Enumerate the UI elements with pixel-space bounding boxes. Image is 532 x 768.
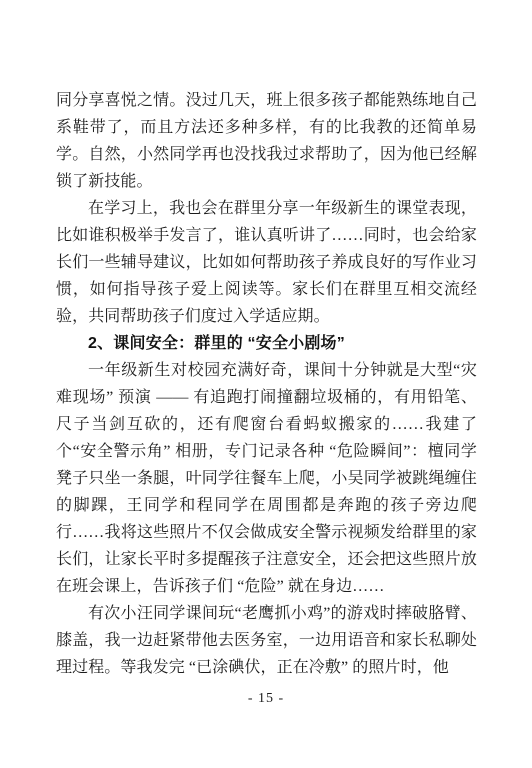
body-paragraph-study: 在学习上，我也会在群里分享一年级新生的课堂表现，比如谁积极举手发言了，谁认真听讲… — [56, 195, 477, 330]
body-paragraph-continued: 同分享喜悦之情。没过几天，班上很多孩子都能熟练地自己系鞋带了，而且方法还多种多样… — [56, 87, 477, 195]
section-heading: 2、课间安全：群里的 “安全小剧场” — [56, 330, 477, 357]
document-page: 同分享喜悦之情。没过几天，班上很多孩子都能熟练地自己系鞋带了，而且方法还多种多样… — [0, 0, 532, 768]
body-paragraph-incident: 有次小汪同学课间玩“老鹰抓小鸡”的游戏时摔破胳臂、膝盖，我一边赶紧带他去医务室，… — [56, 600, 477, 681]
page-number: - 15 - — [0, 691, 532, 707]
page-content: 同分享喜悦之情。没过几天，班上很多孩子都能熟练地自己系鞋带了，而且方法还多种多样… — [56, 87, 477, 681]
body-paragraph-safety: 一年级新生对校园充满好奇，课间十分钟就是大型“灾难现场” 预演 —— 有追跑打闹… — [56, 357, 477, 600]
